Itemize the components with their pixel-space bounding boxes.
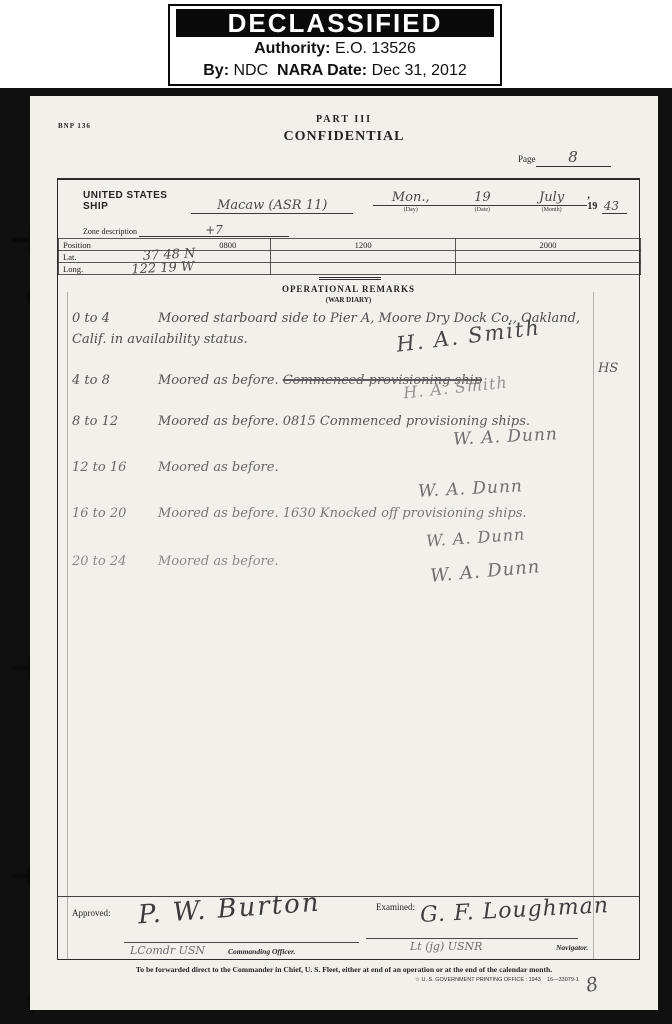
page-number-line: Page8 — [518, 148, 638, 167]
zone-description-line: Zone description +7 — [83, 224, 289, 237]
entry-16-20: 16 to 20Moored as before. 1630 Knocked o… — [72, 503, 587, 524]
day-slot: Mon., (Day) — [373, 190, 449, 214]
examined-rank-handwritten: Lt (jg) USNR — [410, 940, 482, 953]
date-handwritten: 19 — [449, 190, 516, 206]
signature-dunn: W. A. Dunn — [425, 525, 525, 551]
page-label: Page — [518, 154, 536, 164]
month-handwritten: July — [516, 190, 588, 206]
remarks-subtitle: (WAR DIARY) — [58, 296, 639, 304]
commanding-officer-title: Commanding Officer. — [228, 947, 295, 956]
star-icon: ☆ — [415, 977, 420, 983]
nara-date-label: NARA Date: — [277, 62, 367, 79]
part-heading: PART III — [30, 114, 658, 125]
scan-background: BNP 136 PART III CONFIDENTIAL Page8 UNIT… — [0, 88, 672, 1024]
by-value: NDC — [233, 62, 268, 79]
entry-text: Moored as before. — [158, 373, 279, 388]
examined-signature-line — [366, 938, 578, 939]
ship-line: UNITED STATES SHIP Macaw (ASR 11) Mon., … — [83, 190, 627, 214]
remarks-title: OPERATIONAL REMARKS — [58, 284, 639, 294]
col-2000: 2000 — [456, 239, 641, 251]
entry-time: 16 to 20 — [72, 503, 158, 524]
entry-time: 12 to 16 — [72, 457, 158, 478]
signature-dunn: W. A. Dunn — [453, 424, 559, 449]
date-slot: 19 (Date) — [449, 190, 516, 214]
entry-4-8: 4 to 8Moored as before. Commenced provis… — [72, 370, 587, 391]
margin-initials: HS — [598, 361, 618, 376]
lat-2000-cell — [456, 251, 641, 263]
gpo-code: 16—33079-1 — [547, 977, 579, 983]
entry-time: 20 to 24 — [72, 551, 158, 572]
authority-line: Authority: E.O. 13526 — [170, 38, 500, 60]
approved-rank-handwritten: LComdr USN — [130, 944, 205, 957]
nara-date-value: Dec 31, 2012 — [372, 62, 467, 79]
page-number-handwritten: 8 — [536, 148, 611, 167]
classification-heading: CONFIDENTIAL — [30, 129, 658, 145]
entry-text: Moored as before. 0815 Commenced provisi… — [158, 414, 530, 429]
approved-signature-line — [124, 942, 359, 943]
ship-name-handwritten: Macaw (ASR 11) — [191, 198, 353, 214]
examined-label: Examined: — [376, 902, 415, 912]
forwarding-instruction: To be forwarded direct to the Commander … — [30, 965, 658, 974]
by-label: By: — [203, 62, 229, 79]
declassified-title: DECLASSIFIED — [176, 9, 494, 37]
approved-label: Approved: — [72, 908, 111, 918]
day-handwritten: Mon., — [373, 190, 449, 206]
right-margin-rule — [593, 292, 594, 959]
entry-time: 4 to 8 — [72, 370, 158, 391]
ship-name-slot: Macaw (ASR 11) — [191, 198, 353, 214]
ship-label: UNITED STATES SHIP — [83, 190, 191, 214]
date-caption: (Date) — [449, 206, 516, 214]
gpo-imprint: ☆ U. S. GOVERNMENT PRINTING OFFICE : 194… — [415, 977, 579, 983]
authority-value: E.O. 13526 — [335, 40, 416, 57]
signature-dunn: W. A. Dunn — [418, 476, 524, 501]
day-caption: (Day) — [373, 206, 449, 214]
entry-12-16: 12 to 16Moored as before. — [72, 457, 587, 478]
year-handwritten: 43 — [602, 199, 627, 214]
position-label: Position — [63, 240, 91, 250]
long-2000-cell — [456, 263, 641, 275]
lat-1200-cell — [271, 251, 456, 263]
entry-text: Moored as before. — [158, 554, 279, 569]
signature-navigator: G. F. Loughman — [419, 893, 609, 928]
by-line: By: NDC NARA Date: Dec 31, 2012 — [170, 60, 500, 82]
section-divider — [319, 277, 381, 280]
left-margin-rule — [67, 292, 68, 959]
war-diary-page: BNP 136 PART III CONFIDENTIAL Page8 UNIT… — [30, 96, 658, 1010]
zone-label: Zone description — [83, 227, 137, 236]
navigator-title: Navigator. — [556, 943, 588, 952]
entry-text: Moored as before. — [158, 460, 279, 475]
declassified-stamp: DECLASSIFIED Authority: E.O. 13526 By: N… — [168, 4, 502, 86]
long-1200-cell — [271, 263, 456, 275]
entry-time: 8 to 12 — [72, 411, 158, 432]
entry-text: Moored as before. 1630 Knocked off provi… — [158, 506, 527, 521]
signature-commanding-officer: P. W. Burton — [137, 888, 321, 931]
entry-time: 0 to 4 — [72, 308, 158, 329]
col-1200: 1200 — [271, 239, 456, 251]
year-prefix: , 19 — [587, 190, 601, 214]
form-box: UNITED STATES SHIP Macaw (ASR 11) Mon., … — [57, 178, 640, 960]
zone-value-handwritten: +7 — [139, 224, 289, 237]
corner-page-number-handwritten: 8 — [584, 973, 600, 997]
gpo-text: U. S. GOVERNMENT PRINTING OFFICE : 1943 — [421, 977, 540, 983]
month-slot: July (Month) — [516, 190, 588, 214]
authority-label: Authority: — [254, 40, 330, 57]
month-caption: (Month) — [516, 206, 588, 214]
